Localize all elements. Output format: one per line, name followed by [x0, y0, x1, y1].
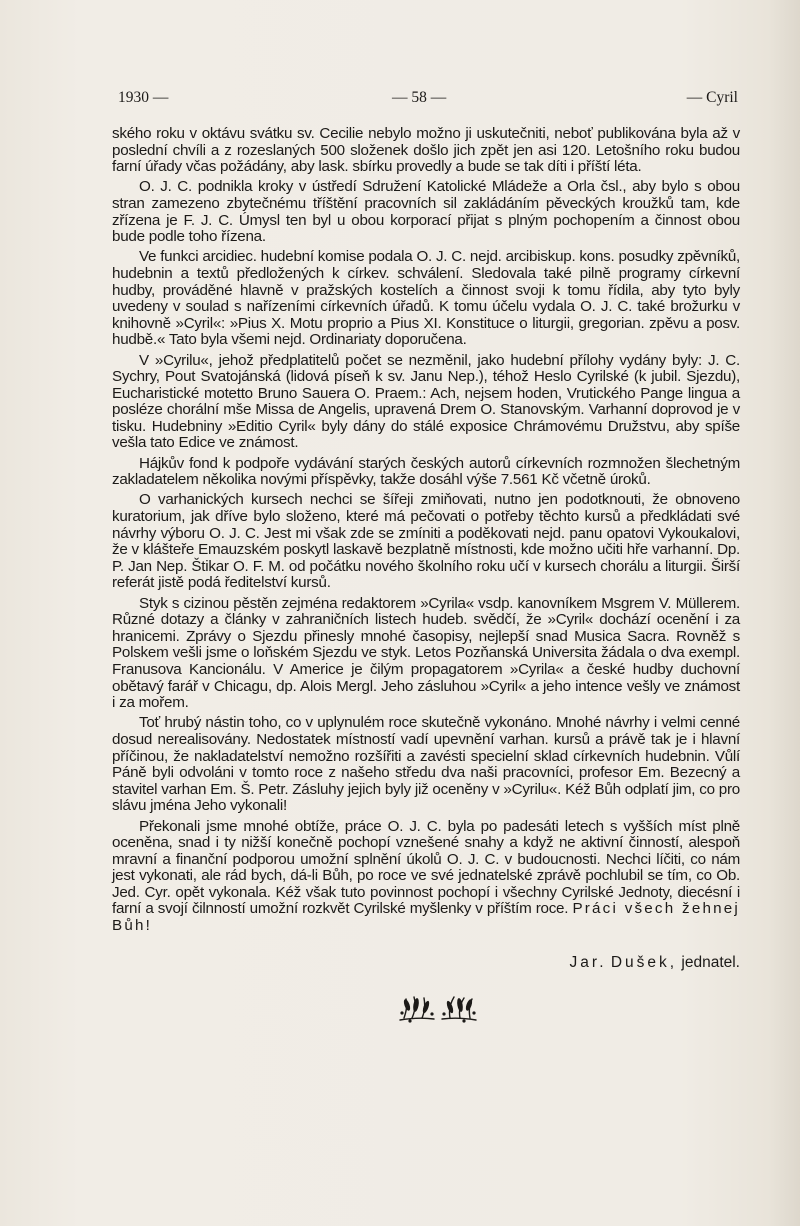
paragraph-9: Překonali jsme mnohé obtíže, práce O. J.…	[112, 819, 740, 935]
running-head: 1930 — — 58 — — Cyril	[118, 89, 738, 111]
signature-first-name: Jar.	[570, 954, 607, 971]
paragraph-6: O varhanických kursech nechci se šířeji …	[112, 492, 740, 592]
body-text: ského roku v oktávu svátku sv. Cecilie n…	[112, 126, 740, 938]
running-head-year: 1930 —	[118, 89, 168, 107]
paragraph-3: Ve funkci arcidiec. hudební komise podal…	[112, 249, 740, 349]
signature-surname: Dušek,	[611, 954, 677, 971]
paragraph-2: O. J. C. podnikla kroky v ústředí Sdruže…	[112, 179, 740, 245]
paragraph-5: Hájkův fond k podpoře vydávání starých č…	[112, 456, 740, 489]
signature: Jar. Dušek, jednatel.	[570, 954, 740, 972]
scanned-page: 1930 — — 58 — — Cyril ského roku v oktáv…	[0, 0, 800, 1226]
page-number: — 58 —	[392, 89, 446, 107]
paragraph-1: ského roku v oktávu svátku sv. Cecilie n…	[112, 126, 740, 176]
paragraph-7: Styk s cizinou pěstěn zejména redaktorem…	[112, 596, 740, 712]
running-head-journal: — Cyril	[687, 89, 738, 107]
paragraph-4: V »Cyrilu«, jehož předplatitelů počet se…	[112, 353, 740, 453]
paragraph-8: Toť hrubý nástin toho, co v uplynulém ro…	[112, 715, 740, 815]
laurel-branches-ornament-icon	[398, 993, 478, 1023]
signature-role: jednatel.	[681, 954, 740, 971]
